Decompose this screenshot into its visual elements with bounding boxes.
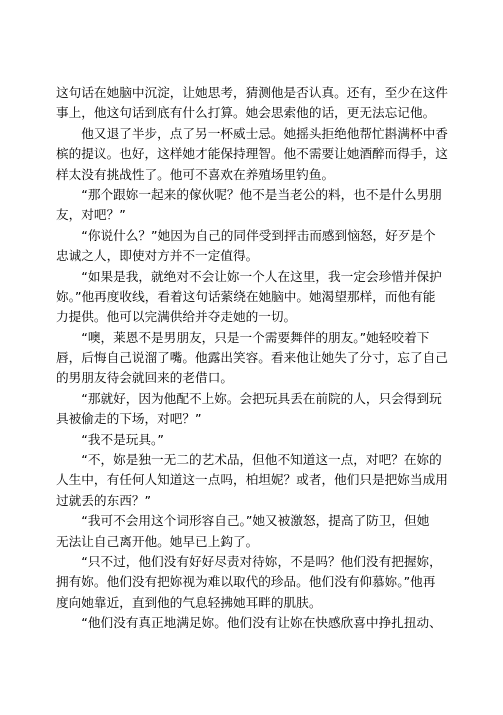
text-line: “噢，莱恩不是男朋友，只是一个需要舞伴的朋友。”她轻咬着下 <box>56 328 452 348</box>
text-line: 唇，后悔自己说溜了嘴。他露出笑容。看来他让她失了分寸，忘了自己 <box>56 348 452 368</box>
page-text: 这句话在她脑中沉淀，让她思考，猜测他是否认真。还有，至少在这件事上，他这句话到底… <box>56 83 452 634</box>
text-line: 力提供。他可以完满供给并夺走她的一切。 <box>56 307 452 327</box>
text-line: 人生中，有任何人知道这一点吗，柏坦妮？或者，他们只是把妳当成用 <box>56 470 452 490</box>
text-line: “不，妳是独一无二的艺术品，但他不知道这一点，对吧？在妳的 <box>56 450 452 470</box>
text-line: 这句话在她脑中沉淀，让她思考，猜测他是否认真。还有，至少在这件 <box>56 83 452 103</box>
text-line: 妳。”他再度收线，看着这句话萦绕在她脑中。她渴望那样，而他有能 <box>56 287 452 307</box>
text-line: “那就好，因为他配不上妳。会把玩具丢在前院的人，只会得到玩 <box>56 389 452 409</box>
text-line: “你说什么？”她因为自己的同伴受到抨击而感到恼怒，好歹是个 <box>56 226 452 246</box>
text-line: 槟的提议。也好，这样她才能保持理智。他不需要让她酒醉而得手，这 <box>56 144 452 164</box>
text-line: 的男朋友待会就回来的老借口。 <box>56 368 452 388</box>
text-line: 无法让自己离开他。她早已上鈎了。 <box>56 532 452 552</box>
text-line: “他们没有真正地满足妳。他们没有让妳在快感欣喜中挣扎扭动、 <box>56 613 452 633</box>
text-line: 具被偷走的下场，对吧？” <box>56 409 452 429</box>
book-page: 这句话在她脑中沉淀，让她思考，猜测他是否认真。还有，至少在这件事上，他这句话到底… <box>0 0 503 715</box>
text-line: 度向她靠近，直到他的气息轻拂她耳畔的肌肤。 <box>56 593 452 613</box>
text-line: 过就丢的东西？” <box>56 491 452 511</box>
text-line: 拥有妳。他们没有把妳视为难以取代的珍品。他们没有仰慕妳。”他再 <box>56 572 452 592</box>
text-line: 样太没有挑战性了。他可不喜欢在养殖场里钓鱼。 <box>56 165 452 185</box>
text-line: 友，对吧？” <box>56 205 452 225</box>
text-line: “只不过，他们没有好好尽责对待妳，不是吗？他们没有把握妳， <box>56 552 452 572</box>
text-line: “我可不会用这个词形容自己。”她又被激怒，提高了防卫，但她 <box>56 511 452 531</box>
text-line: “那个跟妳一起来的傢伙呢？他不是当老公的料，也不是什么男朋 <box>56 185 452 205</box>
text-line: 他又退了半步，点了另一杯威士忌。她摇头拒绝他帮忙斟满杯中香 <box>56 124 452 144</box>
text-line: 事上，他这句话到底有什么打算。她会思索他的话，更无法忘记他。 <box>56 103 452 123</box>
text-line: 忠诚之人，即使对方并不一定值得。 <box>56 246 452 266</box>
text-line: “如果是我，就绝对不会让妳一个人在这里，我一定会珍惜并保护 <box>56 267 452 287</box>
text-line: “我不是玩具。” <box>56 430 452 450</box>
